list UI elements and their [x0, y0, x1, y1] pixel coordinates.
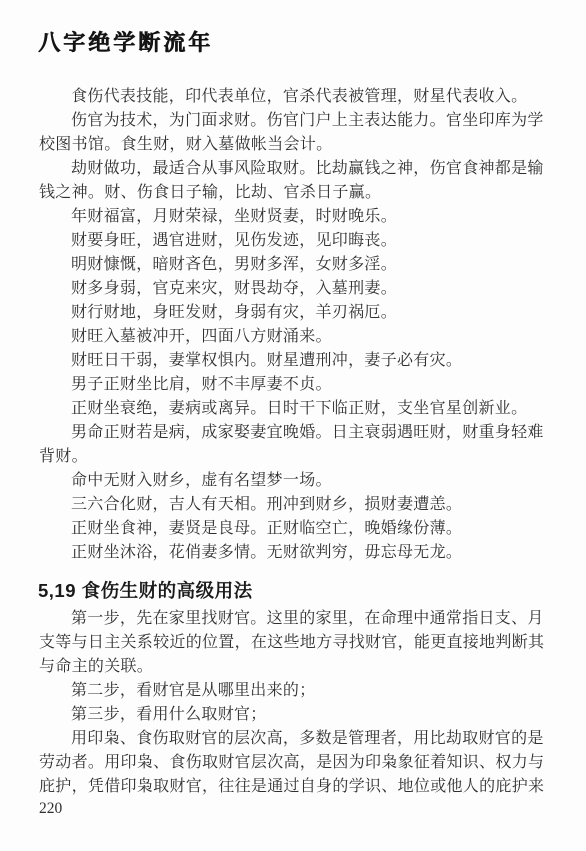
- text-line: 正财坐沐浴，花俏妻多情。无财欲判穷，毋忘母无龙。: [39, 541, 551, 565]
- text-line: 三六合化财，吉人有天相。刑冲到财乡，损财妻遭恙。: [39, 493, 551, 517]
- book-page: 八字绝学断流年 食伤代表技能，印代表单位，官杀代表被管理，财星代表收入。 伤官为…: [0, 0, 586, 851]
- text-line: 命中无财入财乡，虚有名望梦一场。: [39, 469, 551, 493]
- book-title: 八字绝学断流年: [38, 26, 213, 57]
- text-line: 用印枭、食伤取财官的层次高，多数是管理者，用比劫取财官的是: [39, 727, 551, 751]
- text-line: 财旺入墓被冲开，四面八方财涌来。: [39, 325, 551, 349]
- text-line: 伤官为技术，为门面求财。伤官门户上主表达能力。官坐印库为学: [39, 109, 551, 133]
- text-line: 明财慷慨，暗财吝色，男财多浑，女财多淫。: [39, 253, 551, 277]
- text-line: 第一步，先在家里找财官。这里的家里，在命理中通常指日支、月: [39, 607, 551, 631]
- text-line: 支等与日主关系较近的位置，在这些地方寻找财官，能更直接地判断其: [39, 631, 551, 655]
- text-line: 钱之神。财、伤食日子输，比劫、官杀日子赢。: [39, 181, 551, 205]
- text-line: 劫财做功，最适合从事风险取财。比劫赢钱之神，伤官食神都是输: [39, 157, 551, 181]
- text-line: 第三步，看用什么取财官；: [39, 703, 551, 727]
- text-line: 财旺日干弱，妻掌权惧内。财星遭刑冲，妻子必有灾。: [39, 349, 551, 373]
- text-line: 财多身弱，官克来灾，财畏劫夺，入墓刑妻。: [39, 277, 551, 301]
- text-line: 校图书馆。食生财，财入墓做帐当会计。: [39, 133, 551, 157]
- text-line: 第二步，看财官是从哪里出来的；: [39, 679, 551, 703]
- section-heading: 5,19 食伤生财的高级用法: [38, 578, 551, 604]
- text-line: 劳动者。用印枭、食伤取财官层次高，是因为印枭象征着知识、权力与: [39, 751, 551, 775]
- page-body: 食伤代表技能，印代表单位，官杀代表被管理，财星代表收入。 伤官为技术，为门面求财…: [39, 85, 551, 799]
- text-line: 男子正财坐比肩，财不丰厚妻不贞。: [39, 373, 551, 397]
- page-number: 220: [39, 798, 62, 820]
- text-line: 财要身旺，遇官进财，见伤发迹，见印晦丧。: [39, 229, 551, 253]
- text-line: 正财坐衰绝，妻病或离异。日时干下临正财，支坐官星创新业。: [39, 397, 551, 421]
- text-line: 庇护，凭借印枭取财官，往往是通过自身的学识、地位或他人的庇护来: [39, 775, 551, 799]
- text-line: 背财。: [39, 445, 551, 469]
- text-line: 财行财地，身旺发财，身弱有灾，羊刃祸厄。: [39, 301, 551, 325]
- text-line: 正财坐食神，妻贤是良母。正财临空亡，晚婚缘份薄。: [39, 517, 551, 541]
- text-line: 年财福富，月财荣禄，坐财贤妻，时财晚乐。: [39, 205, 551, 229]
- text-line: 食伤代表技能，印代表单位，官杀代表被管理，财星代表收入。: [39, 85, 551, 109]
- text-line: 男命正财若是病，成家娶妻宜晚婚。日主衰弱遇旺财，财重身轻难: [39, 421, 551, 445]
- text-line: 与命主的关联。: [39, 655, 551, 679]
